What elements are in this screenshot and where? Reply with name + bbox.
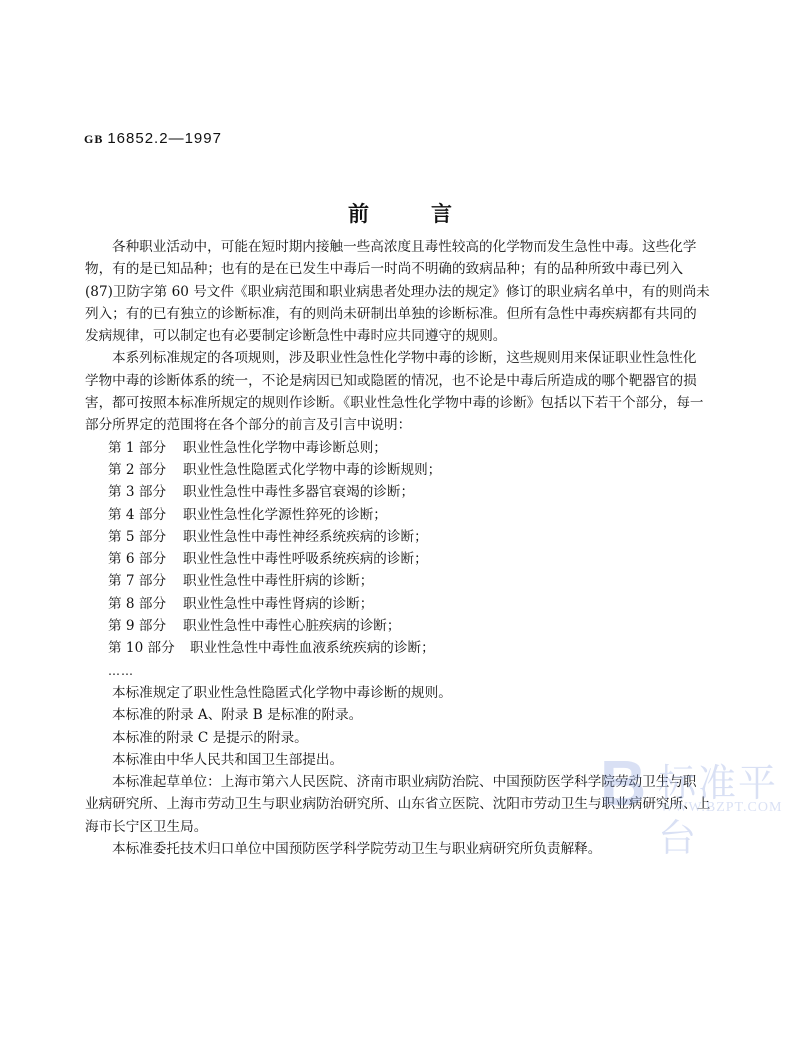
part-number: 第 7 部分 (108, 570, 183, 592)
part-title: 职业性急性中毒性肾病的诊断； (183, 596, 373, 612)
statements: 本标准规定了职业性急性隐匿式化学物中毒诊断的规则。 本标准的附录 A、附录 B … (85, 682, 725, 771)
part-number: 第 3 部分 (108, 481, 183, 503)
part-number: 第 9 部分 (108, 615, 183, 637)
statement-line: 本标准规定了职业性急性隐匿式化学物中毒诊断的规则。 (85, 682, 725, 704)
page-title: 前言 (0, 198, 800, 228)
text-line: (87)卫防字第 60 号文件《职业病范围和职业病患者处理办法的规定》修订的职业… (85, 281, 725, 303)
part-item: 第 9 部分职业性急性中毒性心脏疾病的诊断； (85, 615, 725, 637)
text-line: 列入；有的已有独立的诊断标准，有的则尚未研制出单独的诊断标准。但所有急性中毒疾病… (85, 303, 725, 325)
title-char-1: 前 (348, 198, 369, 228)
text-line: 部分所界定的范围将在各个部分的前言及引言中说明： (85, 414, 725, 436)
text-line: 各种职业活动中，可能在短时期内接触一些高浓度且毒性较高的化学物而发生急性中毒。这… (85, 236, 725, 258)
title-char-2: 言 (431, 198, 452, 228)
text-line: 学物中毒的诊断体系的统一，不论是病因已知或隐匿的情况，也不论是中毒后所造成的哪个… (85, 370, 725, 392)
part-item: 第 4 部分职业性急性化学源性猝死的诊断； (85, 504, 725, 526)
part-number: 第 10 部分 (108, 637, 190, 659)
standard-number-header: GB16852.2—1997 (84, 130, 222, 147)
part-number: 第 1 部分 (108, 437, 183, 459)
part-number: 第 4 部分 (108, 504, 183, 526)
part-item: 第 7 部分职业性急性中毒性肝病的诊断； (85, 570, 725, 592)
standard-code: 16852.2—1997 (107, 130, 222, 147)
part-title: 职业性急性化学源性猝死的诊断； (183, 507, 387, 523)
statement-line: 本标准由中华人民共和国卫生部提出。 (85, 749, 725, 771)
part-number: 第 8 部分 (108, 593, 183, 615)
text-line: 本标准起草单位：上海市第六人民医院、济南市职业病防治院、中国预防医学科学院劳动卫… (85, 771, 725, 793)
part-title: 职业性急性中毒性神经系统疾病的诊断； (183, 529, 428, 545)
part-item: 第 5 部分职业性急性中毒性神经系统疾病的诊断； (85, 526, 725, 548)
text-line: 发病规律，可以制定也有必要制定诊断急性中毒时应共同遵守的规则。 (85, 325, 725, 347)
document-page: GB16852.2—1997 前言 各种职业活动中，可能在短时期内接触一些高浓度… (0, 0, 800, 1038)
part-number: 第 6 部分 (108, 548, 183, 570)
part-title: 职业性急性中毒性呼吸系统疾病的诊断； (183, 551, 428, 567)
part-item: 第 3 部分职业性急性中毒性多器官衰竭的诊断； (85, 481, 725, 503)
part-title: 职业性急性中毒性血液系统疾病的诊断； (190, 640, 435, 656)
part-item: 第 1 部分职业性急性化学物中毒诊断总则； (85, 437, 725, 459)
part-title: 职业性急性中毒性多器官衰竭的诊断； (183, 484, 414, 500)
parts-list: 第 1 部分职业性急性化学物中毒诊断总则； 第 2 部分职业性急性隐匿式化学物中… (85, 437, 725, 682)
text-line: 物，有的是已知品种；也有的是在已发生中毒后一时尚不明确的致病品种；有的品种所致中… (85, 258, 725, 280)
part-item: 第 10 部分职业性急性中毒性血液系统疾病的诊断； (85, 637, 725, 659)
part-title: 职业性急性化学物中毒诊断总则； (183, 440, 387, 456)
part-item: 第 6 部分职业性急性中毒性呼吸系统疾病的诊断； (85, 548, 725, 570)
text-line: 害，都可按照本标准所规定的规则作诊断。《职业性急性化学物中毒的诊断》包括以下若干… (85, 392, 725, 414)
interpretation-statement: 本标准委托技术归口单位中国预防医学科学院劳动卫生与职业病研究所负责解释。 (85, 838, 725, 860)
text-line: 业病研究所、上海市劳动卫生与职业病防治研究所、山东省立医院、沈阳市劳动卫生与职业… (85, 793, 725, 815)
part-title: 职业性急性中毒性心脏疾病的诊断； (183, 618, 401, 634)
text-line: 海市长宁区卫生局。 (85, 816, 725, 838)
paragraph-scope: 本系列标准规定的各项规则，涉及职业性急性化学物中毒的诊断，这些规则用来保证职业性… (85, 347, 725, 436)
statement-line: 本标准的附录 C 是提示的附录。 (85, 727, 725, 749)
part-title: 职业性急性隐匿式化学物中毒的诊断规则； (183, 462, 441, 478)
foreword-body: 各种职业活动中，可能在短时期内接触一些高浓度且毒性较高的化学物而发生急性中毒。这… (85, 236, 725, 860)
standard-prefix: GB (84, 132, 103, 146)
drafting-units: 本标准起草单位：上海市第六人民医院、济南市职业病防治院、中国预防医学科学院劳动卫… (85, 771, 725, 838)
part-title: 职业性急性中毒性肝病的诊断； (183, 573, 373, 589)
part-number: 第 2 部分 (108, 459, 183, 481)
statement-line: 本标准的附录 A、附录 B 是标准的附录。 (85, 704, 725, 726)
text-line: 本系列标准规定的各项规则，涉及职业性急性化学物中毒的诊断，这些规则用来保证职业性… (85, 347, 725, 369)
part-item: 第 2 部分职业性急性隐匿式化学物中毒的诊断规则； (85, 459, 725, 481)
paragraph-background: 各种职业活动中，可能在短时期内接触一些高浓度且毒性较高的化学物而发生急性中毒。这… (85, 236, 725, 347)
part-number: 第 5 部分 (108, 526, 183, 548)
ellipsis: …… (85, 660, 725, 682)
part-item: 第 8 部分职业性急性中毒性肾病的诊断； (85, 593, 725, 615)
